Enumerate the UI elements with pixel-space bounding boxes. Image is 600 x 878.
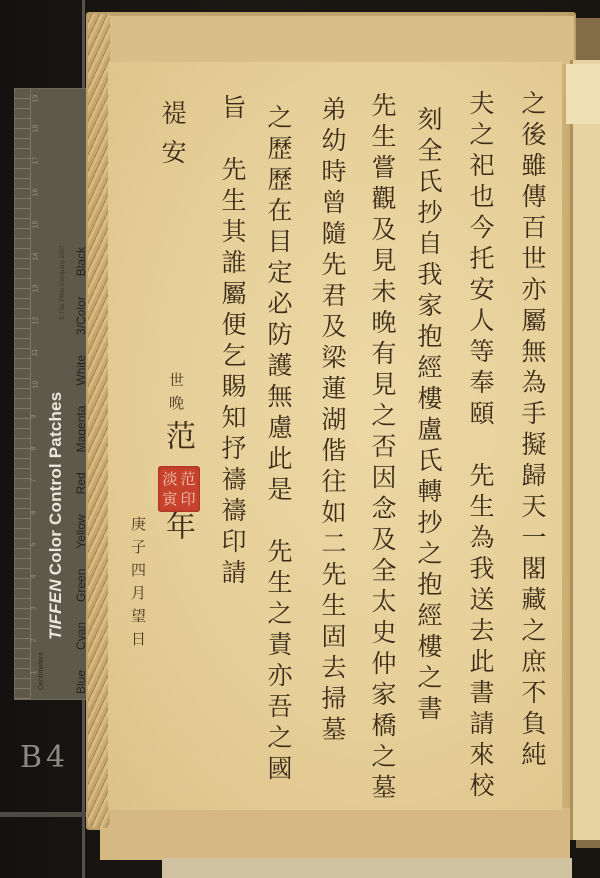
brand-name: TIFFEN [46, 579, 65, 640]
strip-title: Color Control Patches [46, 392, 65, 576]
underlying-sheet [162, 858, 572, 878]
centimeters-label: Centimeters [38, 652, 45, 690]
slot-label: B4 [20, 740, 69, 775]
letter-column-7: 旨 先生其誰屬便乞賜知抒禱禱印請 [220, 94, 245, 590]
facing-page [570, 60, 600, 840]
letter-column-5: 弟幼時曾隨先君及梁蓮湖偕往如二先生固去掃墓 [320, 96, 345, 747]
signature-prefix: 世晚 [168, 372, 183, 418]
paper-tab [566, 64, 600, 124]
ruler-ticks [15, 89, 31, 699]
tiffen-logo: TIFFENColor Control Patches [46, 392, 66, 640]
holder-frame-rail [0, 812, 86, 817]
letter-column-4: 先生嘗觀及見未晚有見之否因念及全太史仲家橋之墓 [370, 92, 395, 805]
letter-column-6: 之歷歷在目定必防護無慮此是 先生之責亦吾之國 [266, 104, 291, 786]
book-binding [88, 14, 110, 828]
letter-column-1: 之後雖傳百世亦屬無為手擬歸天一閣藏之庶不負純 [520, 90, 545, 772]
top-margin-fold [106, 16, 574, 64]
letter-column-3: 刻全氏抄自我家抱經樓盧氏轉抄之抱經樓之書 [416, 106, 441, 726]
letter-date: 庚子四月望日 [130, 516, 145, 654]
red-seal: 淡 范 寅 印 [158, 466, 200, 512]
letter-column-2: 夫之祀也今托安人等奉頤 先生為我送去此書請來校 [468, 90, 493, 803]
bottom-margin-fold [100, 808, 570, 860]
letter-column-closing: 禔安 [160, 100, 185, 178]
copyright-text: © The Tiffen Company 2007 [60, 245, 66, 320]
